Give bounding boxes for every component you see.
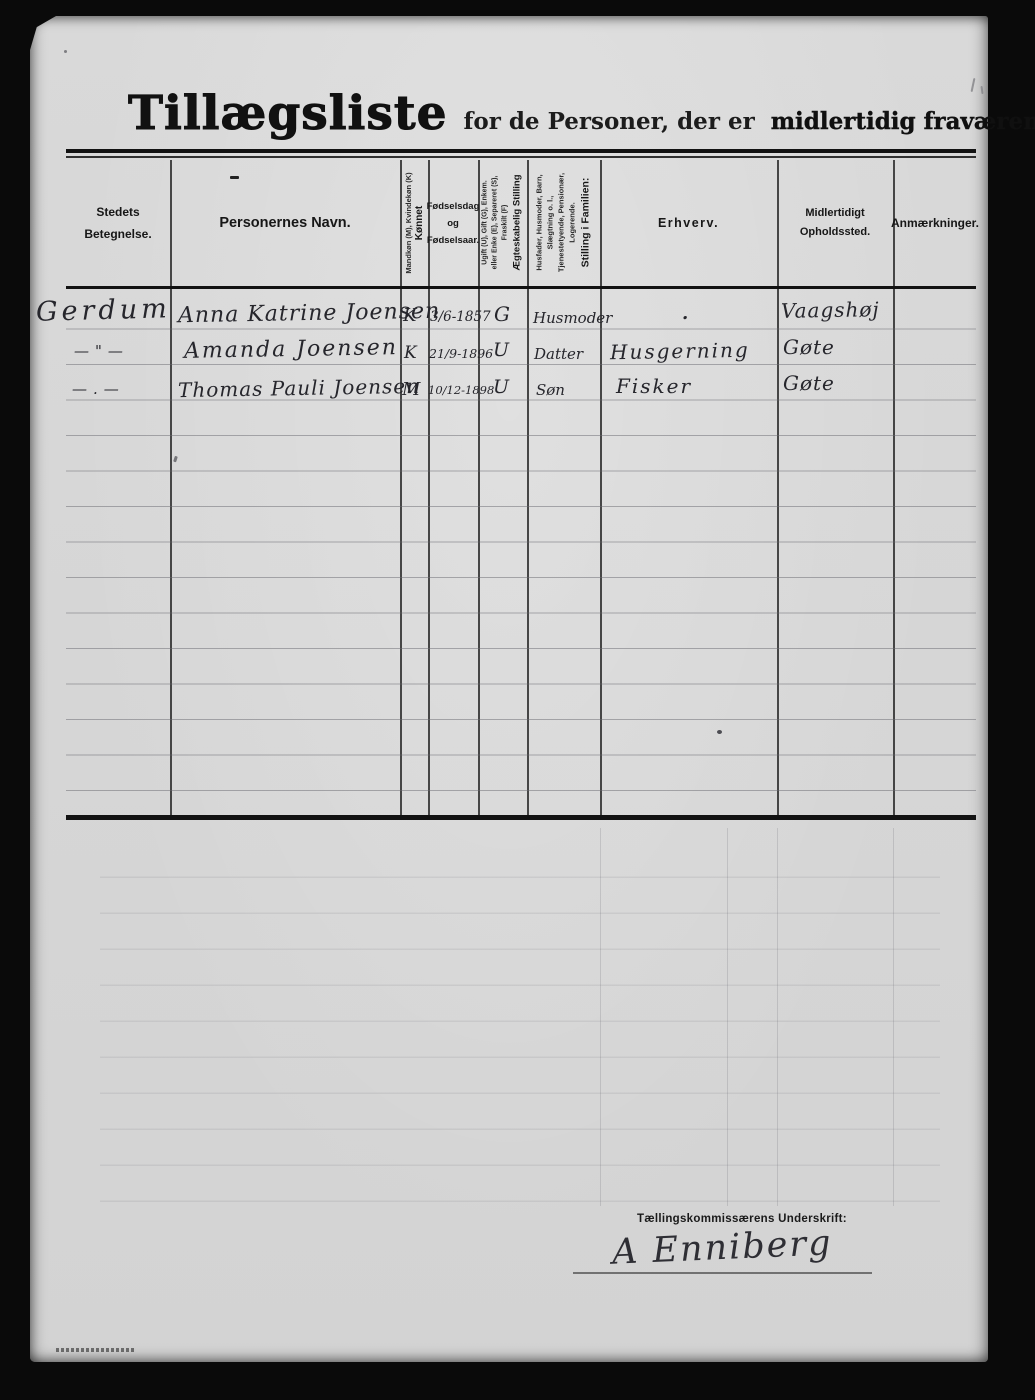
header-marital-sub1: Ugift (U), Gift (G), Enkem. (481, 180, 491, 264)
column-header-name: Personernes Navn. (170, 160, 400, 286)
header-residence-line2: Opholdssted. (800, 223, 870, 242)
title-subtitle: for de Personer, der er (463, 108, 754, 135)
header-occupation-label: Erhverv. (658, 216, 719, 230)
table-row-lines (66, 294, 976, 818)
header-birth-line1: Fødselsdag (427, 198, 480, 215)
ghost-row-lines (100, 842, 940, 1202)
column-header-place: Stedets Betegnelse. (66, 160, 170, 286)
torn-corner-sliver (30, 16, 40, 50)
document-title: Tillægsliste for de Personer, der er mid… (128, 86, 1035, 141)
cell-name: Anna Katrine Joensen (178, 299, 441, 329)
ghost-column-line (600, 828, 601, 1206)
header-marital-sub2: eller Enke (E), Separeret (S), (491, 176, 501, 270)
cell-occupation: Fisker (616, 374, 692, 398)
header-bottom-border (66, 286, 976, 289)
header-marital-title: Ægteskabelig Stilling (511, 174, 524, 270)
ink-speck (64, 50, 67, 53)
cell-place: —"— (74, 342, 129, 360)
ghost-column-line (893, 828, 894, 1206)
header-family-sub3: Tjenestetyende, Pensionær, (555, 173, 566, 272)
header-sex-sub: Mandkøn (M), Kvindekøn (K) (403, 172, 414, 273)
header-family-sub1: Husfader, Husmoder, Barn, (533, 174, 544, 270)
header-family-sub2: Slægtning o. l., (544, 196, 555, 250)
column-header-birth: Fødselsdag og Fødselsaar. (428, 160, 478, 286)
header-place-line2: Betegnelse. (84, 223, 151, 245)
cell-occupation: Husgerning (610, 338, 750, 364)
cell-occupation: . (682, 303, 688, 324)
cell-sex: K (404, 343, 417, 363)
cell-sex: M (402, 379, 420, 400)
cell-birth: 3/6-1857 (430, 309, 491, 325)
title-subtitle-bold: midlertidig fraværende. (771, 108, 1035, 135)
cell-marital: U (493, 376, 509, 398)
cell-residence: Vaagshøj (781, 297, 880, 323)
header-sex-title: Kønnet (414, 206, 425, 240)
header-marital-sub3: Fraskilt (F) (501, 205, 511, 241)
column-header-sex: Mandkøn (M), Kvindekøn (K) Kønnet (400, 160, 428, 286)
ghost-column-line (727, 828, 728, 1206)
cell-birth: 21/9-1896 (429, 346, 493, 361)
header-residence-line1: Midlertidigt (805, 204, 864, 223)
cell-place: Gerdum (36, 293, 171, 328)
cell-birth: 10/12-1898 (428, 383, 494, 397)
cell-name: Amanda Joensen (184, 335, 398, 364)
ink-speck (230, 176, 239, 179)
header-family-sub4: Logerende. (566, 202, 577, 242)
cell-sex: K (403, 305, 416, 326)
cell-name: Thomas Pauli Joensen (178, 374, 420, 402)
cell-residence: Gøte (783, 371, 835, 395)
cell-family: Husmoder (533, 309, 612, 327)
cell-residence: Gøte (783, 335, 835, 359)
column-header-family: Husfader, Husmoder, Barn, Slægtning o. l… (527, 160, 600, 286)
title-rule-thick (66, 149, 976, 153)
header-name-label: Personernes Navn. (219, 215, 350, 231)
cell-place: —.— (72, 380, 125, 398)
printer-mark (56, 1348, 134, 1352)
title-rule-thin (66, 156, 976, 158)
header-birth-line2: og (447, 215, 459, 232)
ink-speck (717, 730, 722, 734)
header-remarks-label: Anmærkninger. (891, 216, 979, 230)
column-header-remarks: Anmærkninger. (893, 160, 977, 286)
cell-marital: G (494, 302, 510, 326)
column-header-residence: Midlertidigt Opholdssted. (777, 160, 893, 286)
header-place-line1: Stedets (96, 201, 139, 223)
column-header-marital: Ugift (U), Gift (G), Enkem. eller Enke (… (478, 160, 527, 286)
header-family-title: Stilling i Familien: (577, 178, 593, 268)
cell-family: Søn (536, 381, 565, 399)
ghost-column-line (777, 828, 778, 1206)
table-bottom-border (66, 815, 976, 820)
header-birth-line3: Fødselsaar. (427, 232, 479, 249)
cell-family: Datter (534, 345, 583, 363)
cell-marital: U (493, 339, 509, 361)
title-main: Tillægsliste (128, 86, 447, 141)
column-header-occupation: Erhverv. (600, 160, 777, 286)
